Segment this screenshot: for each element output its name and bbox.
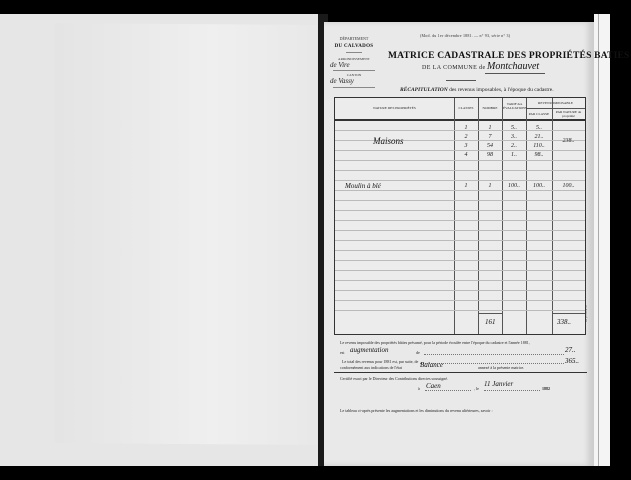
divider: [333, 87, 375, 88]
cell-classe: 4: [454, 152, 478, 158]
commune-label: DE LA COMMUNE de: [422, 65, 486, 71]
header-par-nature: PAR NATURE de propriété: [552, 110, 585, 118]
header-tarif: TARIF des ÉVALUATIONS: [503, 102, 526, 110]
date-prefix: , le: [474, 386, 479, 391]
footer-line-4-hand: Balance: [420, 361, 443, 369]
row-rule: [335, 230, 585, 231]
footer-line-2-value: 27..: [565, 346, 576, 354]
cell-tarif: 100..: [502, 183, 526, 189]
recap-bold: RÉCAPITULATION: [400, 87, 448, 93]
header-divider: [335, 119, 585, 121]
title-divider: [446, 80, 476, 81]
date: 11 Janvier: [484, 380, 513, 388]
header-classes: CLASSES: [454, 106, 478, 110]
divider: [346, 52, 362, 53]
form-reference: (Mod. du 1er décembre 1881. — n° 93, sér…: [420, 33, 510, 38]
cell-revenu: 5..: [526, 125, 552, 131]
cell-nombre: 54: [478, 143, 502, 149]
cell-nombre: 7: [478, 134, 502, 140]
footer-line-1: Le revenu imposable des propriétés bâtie…: [340, 340, 530, 345]
row-rule: [335, 210, 585, 211]
row-rule: [335, 290, 585, 291]
total-revenu: 338..: [557, 318, 571, 326]
header-revenu: REVENU IMPOSABLE: [526, 101, 585, 105]
nature-maisons: Maisons: [373, 136, 404, 146]
row-rule: [335, 250, 585, 251]
footer-line-3: Le total des revenus pour 1881 est, par …: [342, 359, 418, 364]
row-rule: [335, 310, 585, 311]
page-title: MATRICE CADASTRALE DES PROPRIÉTÉS BATIES: [388, 51, 630, 61]
row-rule: [335, 160, 585, 161]
footer-line-2-prefix: est: [340, 350, 344, 355]
header-nature: NATURE DES PROPRIÉTÉS: [335, 106, 454, 110]
cell-revenu: 110..: [526, 143, 552, 149]
department-label: DÉPARTEMENT: [333, 36, 375, 41]
row-rule: [335, 150, 585, 151]
total-nombre: 161: [485, 318, 496, 326]
page-edge-line: [598, 14, 599, 466]
place: Caen: [426, 382, 441, 390]
commune-name: Montchauvet: [487, 61, 539, 72]
row-rule: [335, 220, 585, 221]
cell-tarif: 1..: [502, 152, 526, 158]
header-par-classe: PAR CLASSE: [526, 112, 552, 116]
arrondissement-value: de Vire: [330, 61, 350, 69]
place-prefix: à: [418, 386, 420, 391]
header-nombre: NOMBRE: [478, 106, 502, 110]
footer-line-3-value: 365..: [565, 357, 579, 365]
footer-line-4-prefix: conformément aux indications de l'état: [340, 365, 402, 370]
row-rule: [335, 260, 585, 261]
row-rule: [335, 200, 585, 201]
cell-nombre: 1: [478, 125, 502, 131]
subheader-line: [526, 108, 585, 109]
blank-left-sheet: [55, 23, 317, 445]
leader-dots: [425, 390, 471, 391]
page-edge: [594, 14, 610, 466]
cell-classe: 1: [454, 183, 478, 189]
row-rule: [335, 300, 585, 301]
cell-classe: 1: [454, 125, 478, 131]
department-name: DU CALVADOS: [333, 44, 375, 49]
row-rule: [335, 180, 585, 181]
recap-heading: RÉCAPITULATION des revenus imposables, à…: [400, 87, 554, 93]
divider: [333, 70, 375, 71]
total-rule: [478, 313, 502, 314]
footer-box-rule: [334, 372, 587, 373]
row-rule: [335, 270, 585, 271]
leader-dots: [424, 354, 564, 355]
commune-underline: [485, 73, 545, 74]
row-rule: [335, 190, 585, 191]
year: 1882: [542, 386, 550, 391]
cell-revenu: 98..: [526, 152, 552, 158]
column-line: [552, 98, 553, 334]
recap-text: des revenus imposables, à l'époque du ca…: [448, 87, 554, 93]
footer-line-2-hand: augmentation: [350, 346, 389, 354]
cell-tarif: 2..: [502, 143, 526, 149]
cell-total-nature: 238..: [552, 138, 585, 144]
footer-last-line: Le tableau ci-après présente les augment…: [340, 408, 493, 413]
cell-tarif: 3..: [502, 134, 526, 140]
row-rule: [335, 280, 585, 281]
leader-dots: [484, 390, 540, 391]
nature-moulin: Moulin à blé: [345, 182, 381, 190]
cell-revenu: 21..: [526, 134, 552, 140]
certification-text: Certifié exact par le Directeur des Cont…: [340, 376, 448, 381]
row-rule: [335, 170, 585, 171]
cell-tarif: 5..: [502, 125, 526, 131]
footer-line-2-suffix: de: [416, 350, 420, 355]
total-rule: [552, 313, 585, 314]
canton-value: de Vassy: [330, 77, 354, 85]
margin-stamp: 3e Série n° 93: [584, 305, 588, 322]
row-rule: [335, 240, 585, 241]
cell-classe: 3: [454, 143, 478, 149]
cell-nombre: 1: [478, 183, 502, 189]
cell-total-nature: 100..: [552, 183, 585, 189]
footer-line-4-suffix: annexé à la présente matrice.: [478, 365, 524, 370]
cell-revenu: 100..: [526, 183, 552, 189]
recap-table: NATURE DES PROPRIÉTÉS CLASSES NOMBRE TAR…: [334, 97, 586, 335]
cell-nombre: 98: [478, 152, 502, 158]
cell-classe: 2: [454, 134, 478, 140]
